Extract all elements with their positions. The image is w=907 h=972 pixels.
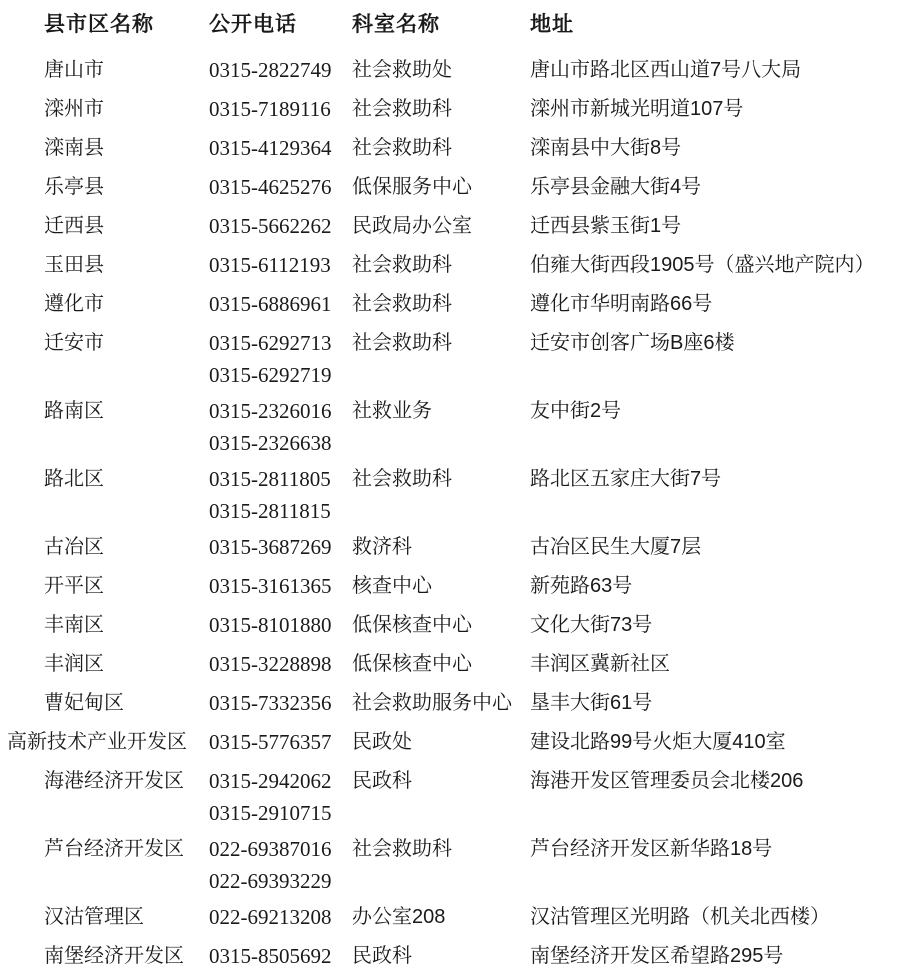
- address-cell: 汉沽管理区光明路（机关北西楼）: [530, 901, 907, 933]
- phone-cell: 0315-28118050315-2811815: [205, 463, 350, 527]
- table-row: 芦台经济开发区 022-69387016022-69393229 社会救助科 芦…: [0, 833, 907, 901]
- phone-number: 0315-3687269: [209, 531, 350, 563]
- region-name-cell: 滦南县: [0, 132, 205, 164]
- department-cell: 办公室208: [350, 901, 530, 933]
- table-row: 乐亭县 0315-4625276 低保服务中心 乐亭县金融大街4号: [0, 171, 907, 210]
- address-cell: 建设北路99号火炬大厦410室: [530, 726, 907, 758]
- table-row: 路南区 0315-23260160315-2326638 社救业务 友中街2号: [0, 395, 907, 463]
- table-row: 遵化市 0315-6886961 社会救助科 遵化市华明南路66号: [0, 288, 907, 327]
- phone-number: 0315-4129364: [209, 132, 350, 164]
- department-cell: 社会救助科: [350, 288, 530, 320]
- table-row: 高新技术产业开发区 0315-5776357 民政处 建设北路99号火炬大厦41…: [0, 726, 907, 765]
- phone-cell: 0315-6886961: [205, 288, 350, 320]
- table-row: 古冶区 0315-3687269 救济科 古冶区民生大厦7层: [0, 531, 907, 570]
- phone-cell: 0315-8505692: [205, 940, 350, 972]
- address-cell: 迁西县紫玉街1号: [530, 210, 907, 242]
- phone-number: 0315-2326016: [209, 395, 350, 427]
- column-header-address: 地址: [530, 10, 907, 40]
- phone-number: 0315-2811805: [209, 463, 350, 495]
- region-name-cell: 古冶区: [0, 531, 205, 563]
- department-cell: 社会救助科: [350, 249, 530, 281]
- department-cell: 社救业务: [350, 395, 530, 427]
- region-name-cell: 乐亭县: [0, 171, 205, 203]
- region-name-cell: 路南区: [0, 395, 205, 427]
- address-cell: 唐山市路北区西山道7号八大局: [530, 54, 907, 86]
- region-name-cell: 曹妃甸区: [0, 687, 205, 719]
- column-header-phone: 公开电话: [205, 10, 350, 40]
- phone-number: 022-69213208: [209, 901, 350, 933]
- phone-number: 0315-6292713: [209, 327, 350, 359]
- region-name-cell: 汉沽管理区: [0, 901, 205, 933]
- phone-cell: 0315-29420620315-2910715: [205, 765, 350, 829]
- table-row: 曹妃甸区 0315-7332356 社会救助服务中心 垦丰大街61号: [0, 687, 907, 726]
- table-row: 丰南区 0315-8101880 低保核查中心 文化大街73号: [0, 609, 907, 648]
- phone-number: 0315-2910715: [209, 797, 350, 829]
- table-row: 迁安市 0315-62927130315-6292719 社会救助科 迁安市创客…: [0, 327, 907, 395]
- address-cell: 海港开发区管理委员会北楼206: [530, 765, 907, 797]
- department-cell: 低保核查中心: [350, 648, 530, 680]
- phone-number: 0315-6292719: [209, 359, 350, 391]
- phone-number: 0315-2822749: [209, 54, 350, 86]
- phone-cell: 0315-3161365: [205, 570, 350, 602]
- phone-cell: 0315-7332356: [205, 687, 350, 719]
- phone-cell: 0315-5776357: [205, 726, 350, 758]
- table-row: 海港经济开发区 0315-29420620315-2910715 民政科 海港开…: [0, 765, 907, 833]
- phone-cell: 0315-62927130315-6292719: [205, 327, 350, 391]
- phone-number: 0315-5662262: [209, 210, 350, 242]
- department-cell: 社会救助服务中心: [350, 687, 530, 719]
- address-cell: 滦南县中大街8号: [530, 132, 907, 164]
- phone-number: 0315-7189116: [209, 93, 350, 125]
- department-cell: 社会救助科: [350, 833, 530, 865]
- department-cell: 民政局办公室: [350, 210, 530, 242]
- phone-cell: 0315-3228898: [205, 648, 350, 680]
- phone-number: 0315-8101880: [209, 609, 350, 641]
- department-cell: 低保服务中心: [350, 171, 530, 203]
- phone-number: 0315-3228898: [209, 648, 350, 680]
- table-row: 开平区 0315-3161365 核查中心 新苑路63号: [0, 570, 907, 609]
- region-name-cell: 开平区: [0, 570, 205, 602]
- department-cell: 民政科: [350, 765, 530, 797]
- table-row: 唐山市 0315-2822749 社会救助处 唐山市路北区西山道7号八大局: [0, 54, 907, 93]
- region-name-cell: 迁西县: [0, 210, 205, 242]
- table-row: 南堡经济开发区 0315-8505692 民政科 南堡经济开发区希望路295号: [0, 940, 907, 972]
- department-cell: 民政科: [350, 940, 530, 972]
- phone-number: 0315-5776357: [209, 726, 350, 758]
- region-name-cell: 高新技术产业开发区: [0, 726, 205, 758]
- table-row: 滦南县 0315-4129364 社会救助科 滦南县中大街8号: [0, 132, 907, 171]
- phone-cell: 0315-8101880: [205, 609, 350, 641]
- address-cell: 乐亭县金融大街4号: [530, 171, 907, 203]
- region-name-cell: 丰润区: [0, 648, 205, 680]
- region-name-cell: 玉田县: [0, 249, 205, 281]
- table-row: 路北区 0315-28118050315-2811815 社会救助科 路北区五家…: [0, 463, 907, 531]
- region-name-cell: 芦台经济开发区: [0, 833, 205, 865]
- phone-number: 0315-2942062: [209, 765, 350, 797]
- phone-number: 022-69393229: [209, 865, 350, 897]
- department-cell: 社会救助处: [350, 54, 530, 86]
- region-name-cell: 唐山市: [0, 54, 205, 86]
- phone-number: 0315-3161365: [209, 570, 350, 602]
- phone-number: 0315-2326638: [209, 427, 350, 459]
- address-cell: 南堡经济开发区希望路295号: [530, 940, 907, 972]
- department-cell: 低保核查中心: [350, 609, 530, 641]
- region-name-cell: 南堡经济开发区: [0, 940, 205, 972]
- column-header-region: 县市区名称: [0, 10, 205, 40]
- phone-number: 022-69387016: [209, 833, 350, 865]
- department-cell: 社会救助科: [350, 132, 530, 164]
- region-name-cell: 海港经济开发区: [0, 765, 205, 797]
- region-name-cell: 滦州市: [0, 93, 205, 125]
- table-row: 迁西县 0315-5662262 民政局办公室 迁西县紫玉街1号: [0, 210, 907, 249]
- phone-cell: 0315-2822749: [205, 54, 350, 86]
- contact-directory-page: 县市区名称 公开电话 科室名称 地址 唐山市 0315-2822749 社会救助…: [0, 0, 907, 972]
- address-cell: 古冶区民生大厦7层: [530, 531, 907, 563]
- address-cell: 路北区五家庄大街7号: [530, 463, 907, 495]
- address-cell: 友中街2号: [530, 395, 907, 427]
- phone-number: 0315-8505692: [209, 940, 350, 972]
- phone-cell: 0315-3687269: [205, 531, 350, 563]
- address-cell: 芦台经济开发区新华路18号: [530, 833, 907, 865]
- address-cell: 丰润区冀新社区: [530, 648, 907, 680]
- table-header: 县市区名称 公开电话 科室名称 地址: [0, 10, 907, 40]
- address-cell: 滦州市新城光明道107号: [530, 93, 907, 125]
- phone-cell: 022-69387016022-69393229: [205, 833, 350, 897]
- department-cell: 社会救助科: [350, 463, 530, 495]
- department-cell: 社会救助科: [350, 327, 530, 359]
- region-name-cell: 迁安市: [0, 327, 205, 359]
- phone-cell: 0315-4625276: [205, 171, 350, 203]
- phone-number: 0315-7332356: [209, 687, 350, 719]
- department-cell: 核查中心: [350, 570, 530, 602]
- table-body: 唐山市 0315-2822749 社会救助处 唐山市路北区西山道7号八大局 滦州…: [0, 54, 907, 972]
- phone-cell: 0315-6112193: [205, 249, 350, 281]
- address-cell: 垦丰大街61号: [530, 687, 907, 719]
- phone-number: 0315-2811815: [209, 495, 350, 527]
- table-row: 汉沽管理区 022-69213208 办公室208 汉沽管理区光明路（机关北西楼…: [0, 901, 907, 940]
- region-name-cell: 遵化市: [0, 288, 205, 320]
- phone-cell: 0315-23260160315-2326638: [205, 395, 350, 459]
- phone-cell: 0315-5662262: [205, 210, 350, 242]
- table-row: 滦州市 0315-7189116 社会救助科 滦州市新城光明道107号: [0, 93, 907, 132]
- address-cell: 新苑路63号: [530, 570, 907, 602]
- column-header-department: 科室名称: [350, 10, 530, 40]
- department-cell: 民政处: [350, 726, 530, 758]
- phone-number: 0315-4625276: [209, 171, 350, 203]
- table-row: 玉田县 0315-6112193 社会救助科 伯雍大街西段1905号（盛兴地产院…: [0, 249, 907, 288]
- phone-cell: 022-69213208: [205, 901, 350, 933]
- address-cell: 遵化市华明南路66号: [530, 288, 907, 320]
- address-cell: 迁安市创客广场B座6楼: [530, 327, 907, 359]
- department-cell: 救济科: [350, 531, 530, 563]
- region-name-cell: 路北区: [0, 463, 205, 495]
- department-cell: 社会救助科: [350, 93, 530, 125]
- table-row: 丰润区 0315-3228898 低保核查中心 丰润区冀新社区: [0, 648, 907, 687]
- region-name-cell: 丰南区: [0, 609, 205, 641]
- phone-cell: 0315-4129364: [205, 132, 350, 164]
- address-cell: 伯雍大街西段1905号（盛兴地产院内）: [530, 249, 907, 281]
- phone-number: 0315-6886961: [209, 288, 350, 320]
- phone-cell: 0315-7189116: [205, 93, 350, 125]
- phone-number: 0315-6112193: [209, 249, 350, 281]
- address-cell: 文化大街73号: [530, 609, 907, 641]
